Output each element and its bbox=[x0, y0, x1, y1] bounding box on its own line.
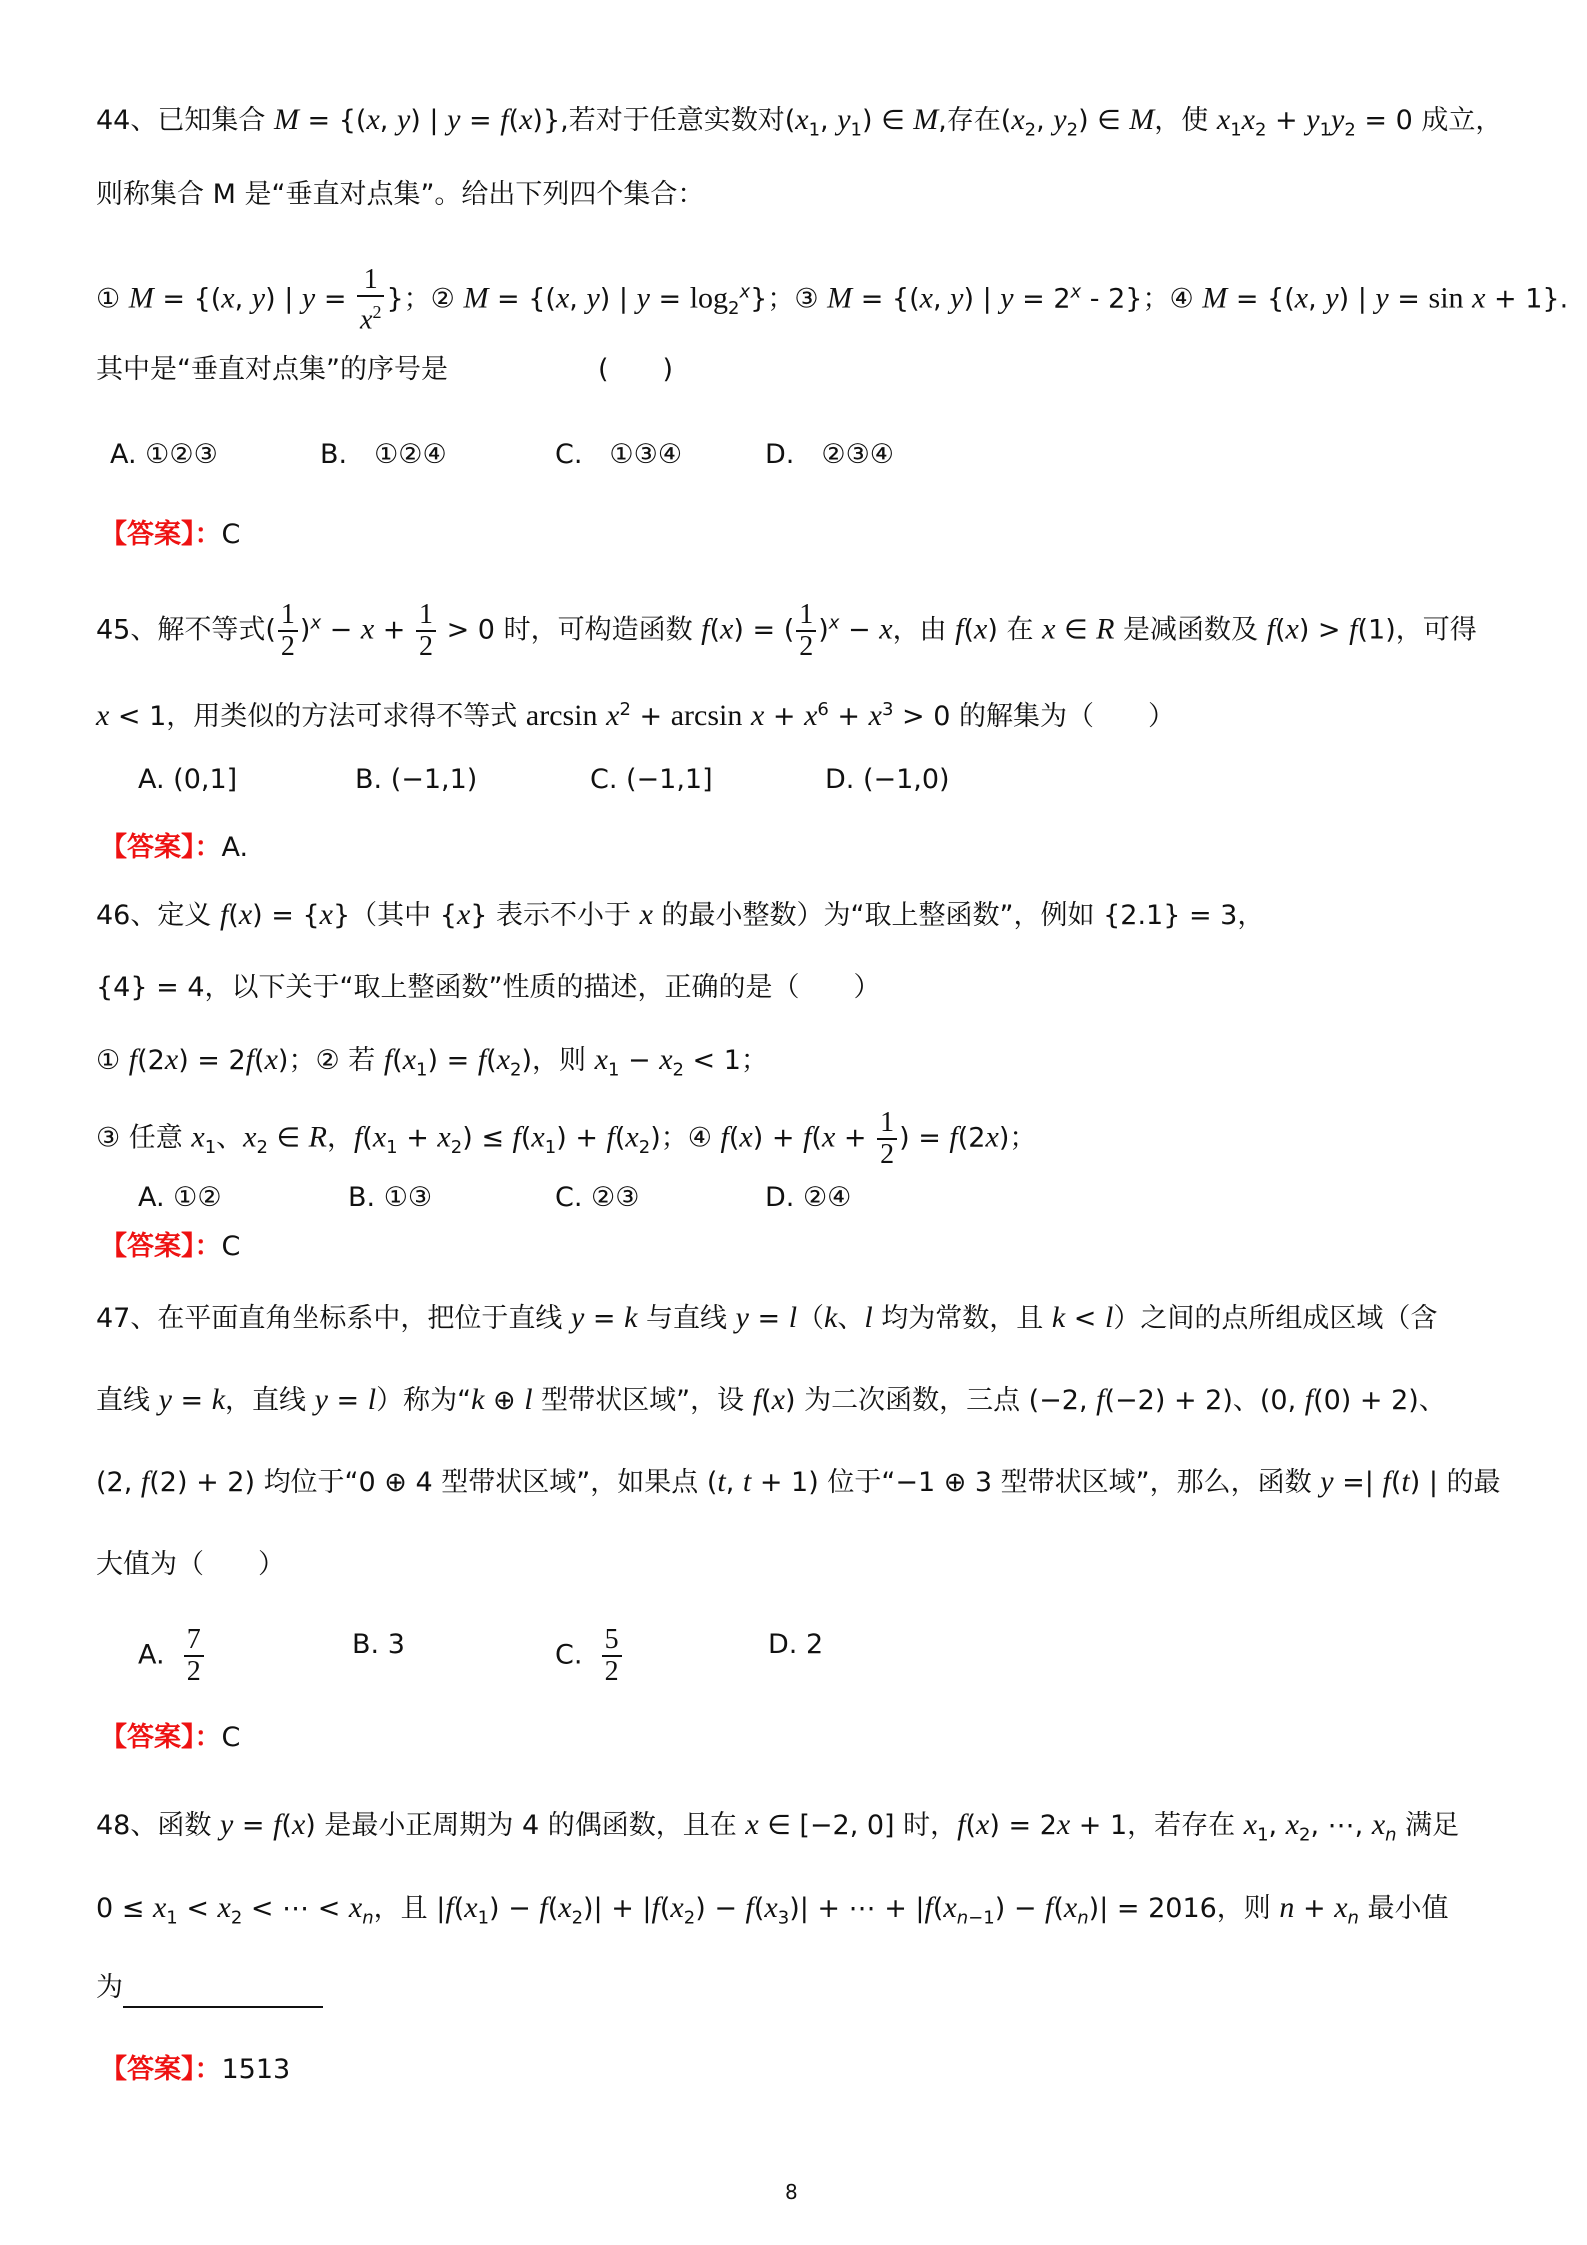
answer-value: 1513 bbox=[222, 2054, 291, 2085]
q45-option-d[interactable]: D. (−1,0) bbox=[825, 760, 950, 800]
answer-label: 【答案】： bbox=[100, 2054, 222, 2085]
q47-option-a[interactable]: A. 72 bbox=[138, 1625, 206, 1687]
q47-answer: 【答案】：C bbox=[100, 1718, 240, 1758]
q44-option-d[interactable]: D. ②③④ bbox=[765, 435, 894, 475]
answer-label: 【答案】： bbox=[100, 1722, 222, 1753]
q46-option-c[interactable]: C. ②③ bbox=[555, 1178, 639, 1218]
q48-line-1: 48、函数 y = f(x) 是最小正周期为 4 的偶函数，且在 x ∈ [−2… bbox=[96, 1805, 1459, 1855]
q48-answer: 【答案】：1513 bbox=[100, 2050, 290, 2090]
q44-line-1: 44、已知集合 M = {(x, y) | y = f(x)},若对于任意实数对… bbox=[96, 100, 1502, 150]
q44-answer: 【答案】：C bbox=[100, 515, 240, 555]
answer-value: C bbox=[222, 1722, 241, 1753]
q48-line-2: 0 ≤ x1 < x2 < ⋯ < xn，且 |f(x1) − f(x2)| +… bbox=[96, 1888, 1449, 1938]
q44-option-c[interactable]: C. ①③④ bbox=[555, 435, 682, 475]
answer-value: C bbox=[222, 519, 241, 550]
q44-number: 44、 bbox=[96, 105, 157, 136]
q46-option-d[interactable]: D. ②④ bbox=[765, 1178, 851, 1218]
answer-blank[interactable] bbox=[123, 1976, 323, 2008]
document-page: 44、已知集合 M = {(x, y) | y = f(x)},若对于任意实数对… bbox=[0, 0, 1587, 2245]
q45-line-1: 45、解不等式(12)x − x + 12 > 0 时，可构造函数 f(x) =… bbox=[96, 600, 1477, 662]
answer-value: C bbox=[222, 1231, 241, 1262]
q45-line-2: x < 1，用类似的方法可求得不等式 arcsin x2 + arcsin x … bbox=[96, 690, 1175, 737]
q47-line-4: 大值为（ ） bbox=[96, 1545, 285, 1585]
q46-line-2: {4} = 4，以下关于“取上整函数”性质的描述，正确的是（ ） bbox=[96, 968, 880, 1008]
answer-label: 【答案】： bbox=[100, 1231, 222, 1262]
q46-line-1: 46、定义 f(x) = {x}（其中 {x} 表示不小于 x 的最小整数）为“… bbox=[96, 895, 1264, 936]
q46-statement-3-4: ③ 任意 x1、x2 ∈ R，f(x1 + x2) ≤ f(x1) + f(x2… bbox=[96, 1108, 1036, 1170]
q46-option-a[interactable]: A. ①② bbox=[138, 1178, 222, 1218]
q46-statement-1-2: ① f(2x) = 2f(x)；② 若 f(x1) = f(x2)，则 x1 −… bbox=[96, 1040, 768, 1090]
q46-option-b[interactable]: B. ①③ bbox=[348, 1178, 432, 1218]
q47-option-d[interactable]: D. 2 bbox=[768, 1625, 823, 1665]
answer-label: 【答案】： bbox=[100, 519, 222, 550]
q47-line-1: 47、在平面直角坐标系中，把位于直线 y = k 与直线 y = l（k、l 均… bbox=[96, 1298, 1437, 1339]
q48-line-3: 为 bbox=[96, 1968, 323, 2008]
q44-line-2: 则称集合 M 是“垂直对点集”。给出下列四个集合： bbox=[96, 175, 704, 215]
q45-answer: 【答案】：A. bbox=[100, 828, 248, 868]
q44-line-4: 其中是“垂直对点集”的序号是( ) bbox=[96, 350, 673, 390]
q47-option-b[interactable]: B. 3 bbox=[352, 1625, 405, 1665]
q45-option-c[interactable]: C. (−1,1] bbox=[590, 760, 713, 800]
answer-label: 【答案】： bbox=[100, 832, 222, 863]
answer-value: A. bbox=[222, 832, 249, 863]
page-number: 8 bbox=[785, 2180, 798, 2204]
q44-sets: ① M = {(x, y) | y = 1x2}；② M = {(x, y) |… bbox=[96, 265, 1568, 335]
q44-option-b[interactable]: B. ①②④ bbox=[320, 435, 447, 475]
q45-option-a[interactable]: A. (0,1] bbox=[138, 760, 237, 800]
q44-option-a[interactable]: A. ①②③ bbox=[110, 435, 218, 475]
q47-line-2: 直线 y = k，直线 y = l）称为“k ⊕ l 型带状区域”，设 f(x)… bbox=[96, 1380, 1446, 1421]
q46-answer: 【答案】：C bbox=[100, 1227, 240, 1267]
q47-option-c[interactable]: C. 52 bbox=[555, 1625, 624, 1687]
q47-line-3: (2, f(2) + 2) 均位于“0 ⊕ 4 型带状区域”，如果点 (t, t… bbox=[96, 1462, 1501, 1503]
q45-option-b[interactable]: B. (−1,1) bbox=[355, 760, 477, 800]
